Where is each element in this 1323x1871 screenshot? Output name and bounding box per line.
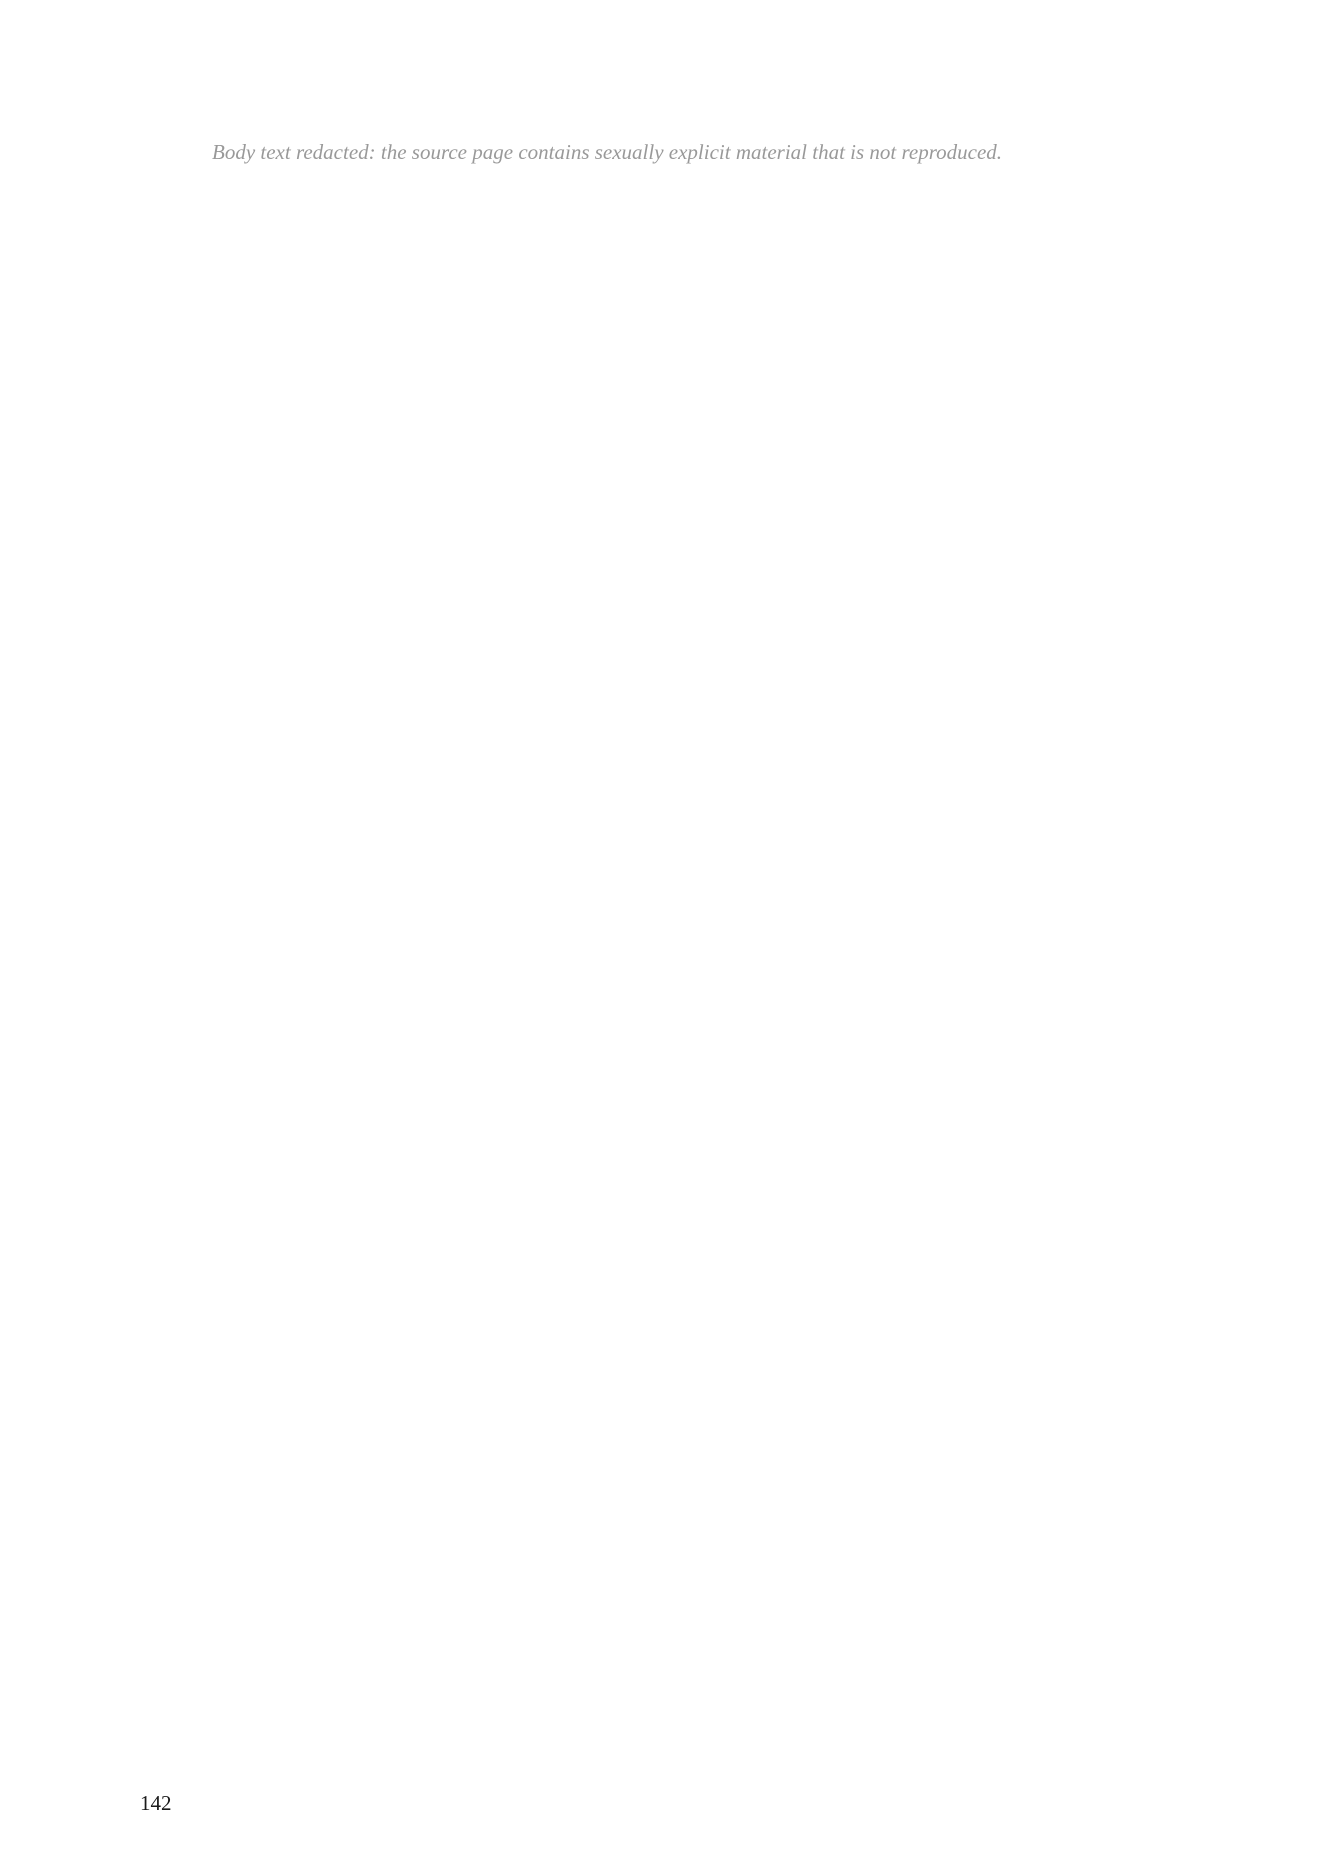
redaction-notice: Body text redacted: the source page cont… bbox=[170, 135, 1173, 170]
page-number: 142 bbox=[140, 1791, 172, 1816]
page-body: Body text redacted: the source page cont… bbox=[170, 135, 1173, 200]
document-page: Body text redacted: the source page cont… bbox=[0, 0, 1323, 1871]
